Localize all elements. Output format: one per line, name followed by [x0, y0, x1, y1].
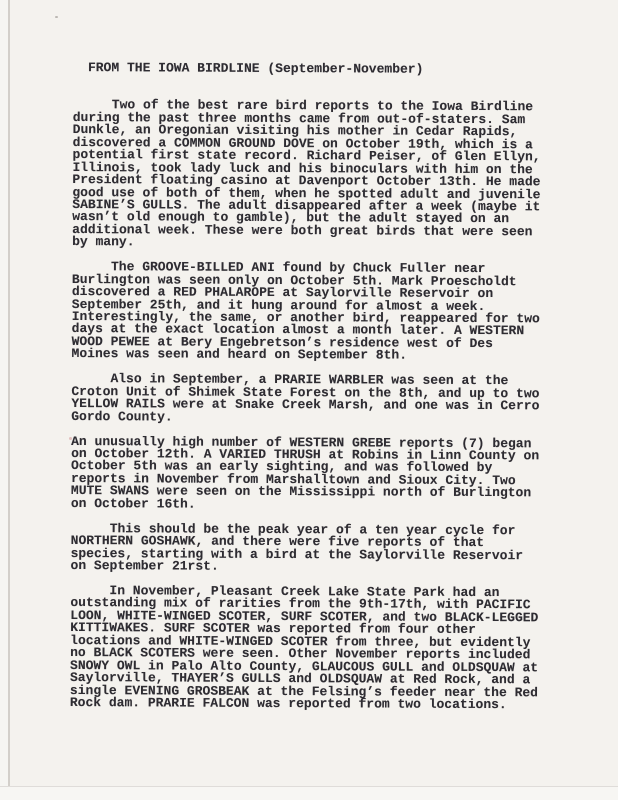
paragraph: In November, Pleasant Creek Lake State P… — [70, 585, 571, 712]
scan-speck — [55, 16, 58, 18]
page-crease-line — [8, 0, 10, 800]
document-page: FROM THE IOWA BIRDLINE (September-Novemb… — [0, 0, 618, 800]
paragraph: This should be the peak year of a ten ye… — [71, 523, 571, 575]
document-title: FROM THE IOWA BIRDLINE (September-Novemb… — [88, 62, 573, 77]
paragraph: Two of the best rare bird reports to the… — [72, 99, 573, 251]
paragraph: Also in September, a PRARIE WARBLER was … — [71, 373, 571, 425]
document-text-block: FROM THE IOWA BIRDLINE (September-Novemb… — [70, 62, 573, 712]
paragraph: An unusually high number of WESTERN GREB… — [71, 436, 571, 513]
paragraphs-container: Two of the best rare bird reports to the… — [70, 99, 573, 712]
page-left-edge — [0, 0, 8, 800]
page-bottom-edge — [0, 786, 618, 800]
paragraph: The GROOVE-BILLED ANI found by Chuck Ful… — [72, 261, 572, 363]
